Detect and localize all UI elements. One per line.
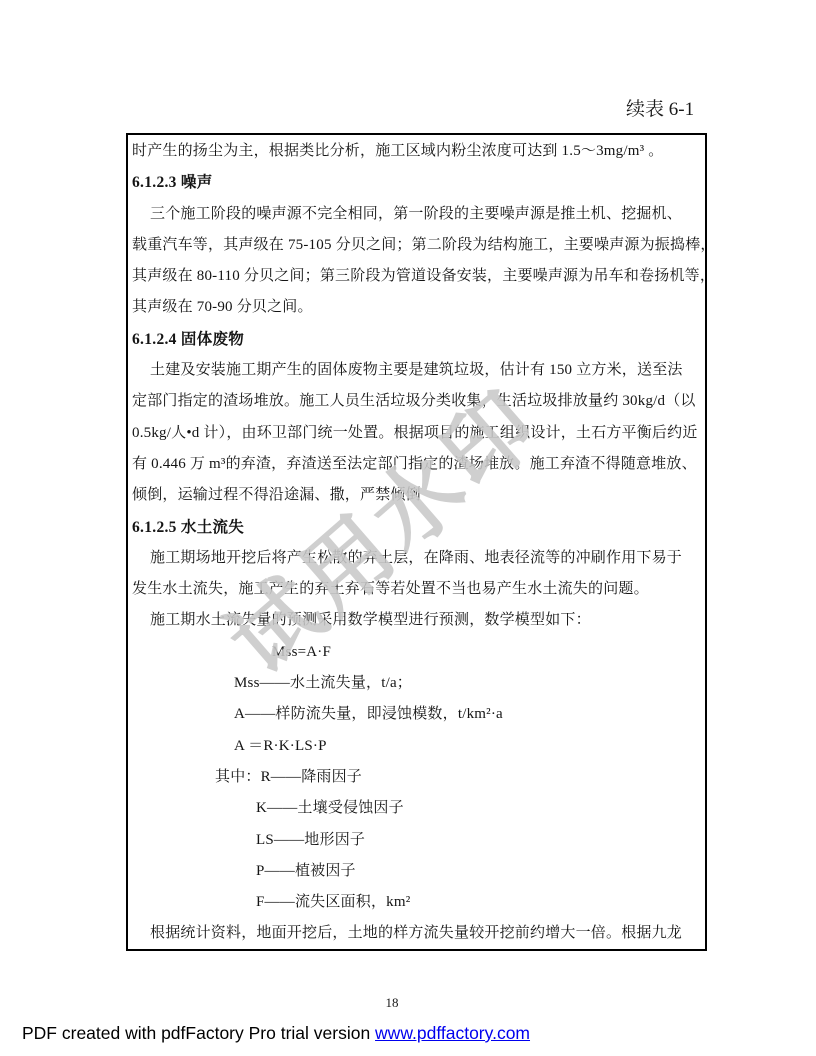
- table-continuation-label: 续表 6-1: [626, 99, 694, 121]
- text-line: 其声级在 70-90 分贝之间。: [132, 292, 701, 323]
- text-line: 发生水土流失，施工产生的弃土弃石等若处置不当也易产生水土流失的问题。: [132, 574, 701, 605]
- text-line: 载重汽车等，其声级在 75-105 分贝之间；第二阶段为结构施工，主要噪声源为振…: [132, 230, 701, 261]
- report-text-box: 时产生的扬尘为主，根据类比分析，施工区域内粉尘浓度可达到 1.5～3mg/m³ …: [126, 133, 707, 951]
- text-line: 根据统计资料，地面开挖后，土地的样方流失量较开挖前约增大一倍。根据九龙: [132, 918, 701, 949]
- text-line: 施工期场地开挖后将产生松散的弃土层，在降雨、地表径流等的冲刷作用下易于: [132, 543, 701, 574]
- text-line: 时产生的扬尘为主，根据类比分析，施工区域内粉尘浓度可达到 1.5～3mg/m³ …: [132, 136, 701, 167]
- text-line: K——土壤受侵蚀因子: [132, 793, 701, 824]
- text-line: F——流失区面积，km²: [132, 887, 701, 918]
- text-line: 有 0.446 万 m³的弃渣，弃渣送至法定部门指定的渣场堆放。施工弃渣不得随意…: [132, 449, 701, 480]
- text-line: Mss=A·F: [132, 637, 701, 668]
- document-page: 续表 6-1 时产生的扬尘为主，根据类比分析，施工区域内粉尘浓度可达到 1.5～…: [0, 0, 816, 1056]
- text-line: LS——地形因子: [132, 825, 701, 856]
- section-heading: 6.1.2.3 噪声: [132, 167, 701, 198]
- pdf-footer: PDF created with pdfFactory Pro trial ve…: [22, 1022, 530, 1044]
- text-line: Mss——水土流失量，t/a；: [132, 668, 701, 699]
- text-line: A——样防流失量，即浸蚀模数，t/km²·a: [132, 699, 701, 730]
- text-line: 倾倒，运输过程不得沿途漏、撒，严禁倾倒: [132, 480, 701, 511]
- pdffactory-link[interactable]: www.pdffactory.com: [375, 1023, 530, 1043]
- text-line: 其中：R——降雨因子: [132, 762, 701, 793]
- text-line: P——植被因子: [132, 856, 701, 887]
- text-line: A ＝R·K·LS·P: [132, 731, 701, 762]
- text-line: 0.5kg/人•d 计），由环卫部门统一处置。根据项目的施工组织设计，土石方平衡…: [132, 418, 701, 449]
- text-line: 施工期水土流失量的预测采用数学模型进行预测，数学模型如下：: [132, 605, 701, 636]
- page-number: 18: [378, 995, 406, 1011]
- text-line: 土建及安装施工期产生的固体废物主要是建筑垃圾，估计有 150 立方米，送至法: [132, 355, 701, 386]
- text-line: 三个施工阶段的噪声源不完全相同，第一阶段的主要噪声源是推土机、挖掘机、: [132, 199, 701, 230]
- text-line: 定部门指定的渣场堆放。施工人员生活垃圾分类收集，生活垃圾排放量约 30kg/d（…: [132, 386, 701, 417]
- section-heading: 6.1.2.4 固体废物: [132, 324, 701, 355]
- footer-text: PDF created with pdfFactory Pro trial ve…: [22, 1023, 375, 1043]
- section-heading: 6.1.2.5 水土流失: [132, 512, 701, 543]
- text-line: 其声级在 80-110 分贝之间；第三阶段为管道设备安装，主要噪声源为吊车和卷扬…: [132, 261, 701, 292]
